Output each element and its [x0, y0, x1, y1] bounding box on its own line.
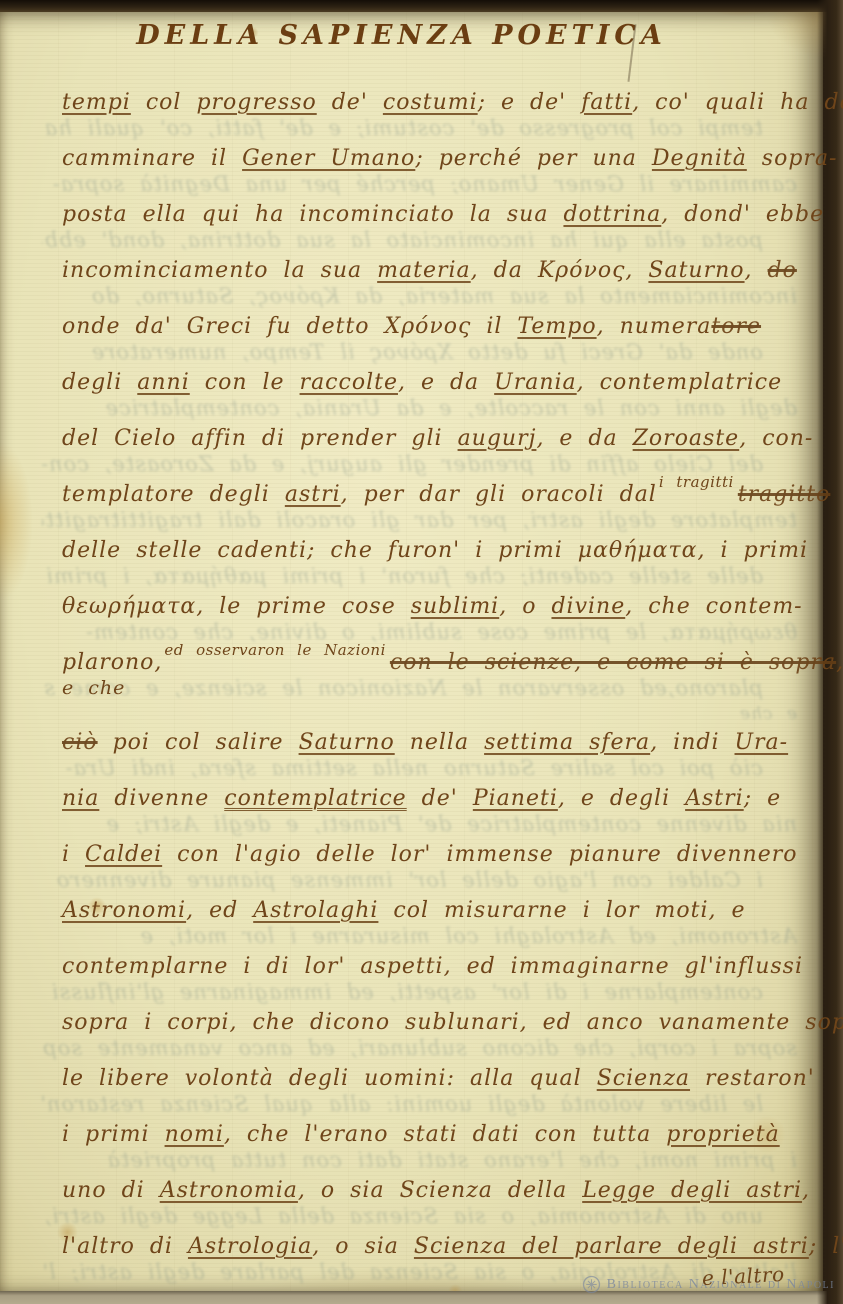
manuscript-text-segment: dottrina	[563, 204, 661, 226]
library-logo-icon	[582, 1275, 601, 1294]
manuscript-text-segment: settima sfera	[484, 732, 650, 754]
manuscript-text-segment: augurj	[458, 428, 537, 450]
manuscript-text-segment: , da Κρόνος,	[471, 260, 649, 282]
manuscript-text-segment: con le scienze, e come si è sopra	[390, 652, 836, 674]
manuscript-text-segment: , dond' ebbe	[661, 204, 824, 226]
manuscript-text-segment: , contemplatrice	[577, 372, 782, 394]
manuscript-text-segment: , indi	[650, 732, 734, 754]
manuscript-text-segment: divenne	[99, 788, 224, 810]
manuscript-text-segment: proprietà	[666, 1124, 779, 1146]
manuscript-line: uno di Astronomia, o sia Scienza della L…	[62, 1146, 809, 1202]
manuscript-text-segment: θεωρήματα, le prime cose	[62, 596, 411, 618]
manuscript-text-segment: delle stelle cadenti; che furon' i primi…	[62, 540, 808, 562]
manuscript-text-segment: contemplarne i di lor' aspetti, ed immag…	[62, 956, 803, 978]
manuscript-text-segment: restaron'	[690, 1068, 815, 1090]
manuscript-lines: tempi col progresso de' costumi; e de' f…	[62, 58, 809, 1258]
manuscript-text-segment: , o sia Scienza della	[298, 1180, 582, 1202]
manuscript-text-segment: nomi	[165, 1124, 224, 1146]
manuscript-line: del Cielo affin di prender gli augurj, e…	[62, 394, 809, 450]
page-title: DELLA SAPIENZA POETICA	[0, 20, 803, 51]
manuscript-line: contemplarne i di lor' aspetti, ed immag…	[62, 922, 809, 978]
manuscript-text-segment: ,	[802, 1180, 810, 1202]
manuscript-text-segment: de'	[317, 92, 383, 114]
manuscript-line: plarono,ed osservaron le Nazionicon le s…	[62, 618, 809, 674]
manuscript-text-segment: posta ella qui ha incominciato la sua	[62, 204, 563, 226]
manuscript-text-segment: poi col salire	[98, 732, 299, 754]
manuscript-text-segment: tore	[711, 316, 761, 338]
manuscript-text-segment: Zoroaste	[633, 428, 740, 450]
manuscript-text-segment: , e degli	[558, 788, 685, 810]
manuscript-line: templatore degli astri, per dar gli orac…	[62, 450, 809, 506]
manuscript-text-segment: , per dar gli oracoli dal	[341, 484, 657, 506]
manuscript-text-segment: , co' quali ha dovuto	[632, 92, 843, 114]
manuscript-text-segment: Urania	[494, 372, 577, 394]
manuscript-text-segment: , o sia	[312, 1236, 414, 1258]
manuscript-text-segment: plarono,	[62, 652, 162, 674]
manuscript-text-segment: astri	[285, 484, 341, 506]
manuscript-text-segment: anni	[137, 372, 190, 394]
manuscript-text-segment: sublimi	[411, 596, 500, 618]
manuscript-text-segment: Saturno	[299, 732, 395, 754]
manuscript-text-segment: col misurarne i lor moti, e	[378, 900, 745, 922]
manuscript-line: posta ella qui ha incominciato la sua do…	[62, 170, 809, 226]
manuscript-line: tempi col progresso de' costumi; e de' f…	[62, 58, 809, 114]
manuscript-text-segment: sopra i corpi, che dicono sublunari, ed …	[62, 1012, 843, 1034]
manuscript-text-segment: le libere volontà degli uomini: alla qua…	[62, 1068, 597, 1090]
manuscript-text-segment: l'altro di	[62, 1236, 188, 1258]
manuscript-text-segment: Astronomia	[160, 1180, 298, 1202]
manuscript-text-segment: e che	[62, 679, 125, 698]
manuscript-text-segment: , numera	[597, 316, 712, 338]
manuscript-text-segment: sopra-	[747, 148, 838, 170]
manuscript-text-segment: templatore degli	[62, 484, 285, 506]
manuscript-text-segment: Scienza	[597, 1068, 690, 1090]
page-top-edge	[0, 0, 843, 12]
manuscript-line: sopra i corpi, che dicono sublunari, ed …	[62, 978, 809, 1034]
manuscript-text-segment: , come si è sopra detto:	[836, 652, 843, 674]
manuscript-text-segment: Astrolaghi	[253, 900, 378, 922]
manuscript-text-segment: divine	[551, 596, 625, 618]
manuscript-text-segment: onde da' Greci fu detto Χρόνος il	[62, 316, 517, 338]
manuscript-text-segment: Pianeti	[473, 788, 558, 810]
manuscript-text-segment: Astrologia	[188, 1236, 312, 1258]
manuscript-text-segment: fatti	[581, 92, 632, 114]
manuscript-text-segment: Ura-	[735, 732, 789, 754]
manuscript-text-segment: degli	[62, 372, 137, 394]
manuscript-text-segment: raccolte	[300, 372, 398, 394]
manuscript-text-segment: , che l'erano stati dati con tutta	[224, 1124, 666, 1146]
manuscript-text-segment: tempi	[62, 92, 131, 114]
manuscript-text-segment: Caldei	[85, 844, 162, 866]
manuscript-text-segment: nella	[395, 732, 484, 754]
manuscript-text-segment: del Cielo affin di prender gli	[62, 428, 458, 450]
manuscript-line: nia divenne contemplatrice de' Pianeti, …	[62, 754, 809, 810]
manuscript-text-segment: ed osservaron le Nazioni	[164, 643, 385, 658]
manuscript-text-segment: , e da	[398, 372, 494, 394]
manuscript-text-segment: Saturno	[648, 260, 744, 282]
manuscript-line: le libere volontà degli uomini: alla qua…	[62, 1034, 809, 1090]
manuscript-text-segment: costumi	[383, 92, 478, 114]
manuscript-line: i Caldei con l'agio delle lor' immense p…	[62, 810, 809, 866]
manuscript-text-segment: Legge degli astri	[582, 1180, 802, 1202]
manuscript-text-segment: col	[131, 92, 197, 114]
manuscript-line: i primi nomi, che l'erano stati dati con…	[62, 1090, 809, 1146]
manuscript-text-segment: , ed	[186, 900, 253, 922]
manuscript-line: Astronomi, ed Astrolaghi col misurarne i…	[62, 866, 809, 922]
manuscript-text-segment: , con-	[739, 428, 813, 450]
manuscript-text-segment: i tragitti	[659, 475, 734, 490]
manuscript-text-segment: i	[62, 844, 85, 866]
manuscript-text-segment: uno di	[62, 1180, 160, 1202]
manuscript-text-segment: do	[768, 260, 797, 282]
manuscript-text-segment: Gener Umano	[242, 148, 415, 170]
manuscript-line: onde da' Greci fu detto Χρόνος il Tempo,…	[62, 282, 809, 338]
manuscript-text-segment: Astri	[685, 788, 744, 810]
manuscript-text-segment: con le	[190, 372, 300, 394]
manuscript-text-segment: , o	[499, 596, 551, 618]
manuscript-text-segment: Astronomi	[62, 900, 186, 922]
manuscript-text-segment: Scienza del parlare degli astri	[414, 1236, 809, 1258]
manuscript-line: l'altro di Astrologia, o sia Scienza del…	[62, 1202, 809, 1258]
manuscript-line: ciò poi col salire Saturno nella settima…	[62, 698, 809, 754]
manuscript-text-segment: progresso	[196, 92, 316, 114]
manuscript-text-segment: camminare il	[62, 148, 242, 170]
manuscript-text-segment: ; e	[744, 788, 781, 810]
manuscript-text-segment: nia	[62, 788, 99, 810]
manuscript-line: e che	[62, 674, 809, 698]
manuscript-line: θεωρήματα, le prime cose sublimi, o divi…	[62, 562, 809, 618]
manuscript-line: camminare il Gener Umano; perché per una…	[62, 114, 809, 170]
manuscript-text-segment: incominciamento la sua	[62, 260, 377, 282]
manuscript-text-segment: ,	[745, 260, 768, 282]
manuscript-text-segment: tragitto	[738, 484, 831, 506]
manuscript-text-segment: materia	[377, 260, 471, 282]
document-scan: tempi col progresso de' costumi; e de' f…	[0, 0, 843, 1304]
manuscript-line: delle stelle cadenti; che furon' i primi…	[62, 506, 809, 562]
catchword: e l'altro	[702, 1262, 786, 1290]
manuscript-text-segment: contemplatrice	[224, 788, 406, 810]
manuscript-text-segment: ; perché per una	[415, 148, 652, 170]
manuscript-text-segment: ciò	[62, 732, 98, 754]
manuscript-text-segment: , che contem-	[625, 596, 802, 618]
manuscript-line: degli anni con le raccolte, e da Urania,…	[62, 338, 809, 394]
manuscript-text-segment: Tempo	[517, 316, 596, 338]
manuscript-text-segment: ; l'uno	[809, 1236, 843, 1258]
manuscript-text-segment: i primi	[62, 1124, 165, 1146]
manuscript-text-segment: Degnità	[652, 148, 747, 170]
manuscript-line: incominciamento la sua materia, da Κρόνο…	[62, 226, 809, 282]
manuscript-text-segment: de'	[407, 788, 473, 810]
manuscript-text-segment: con l'agio delle lor' immense pianure di…	[162, 844, 797, 866]
manuscript-text-segment: ; e de'	[478, 92, 582, 114]
manuscript-text-segment: , e da	[536, 428, 632, 450]
